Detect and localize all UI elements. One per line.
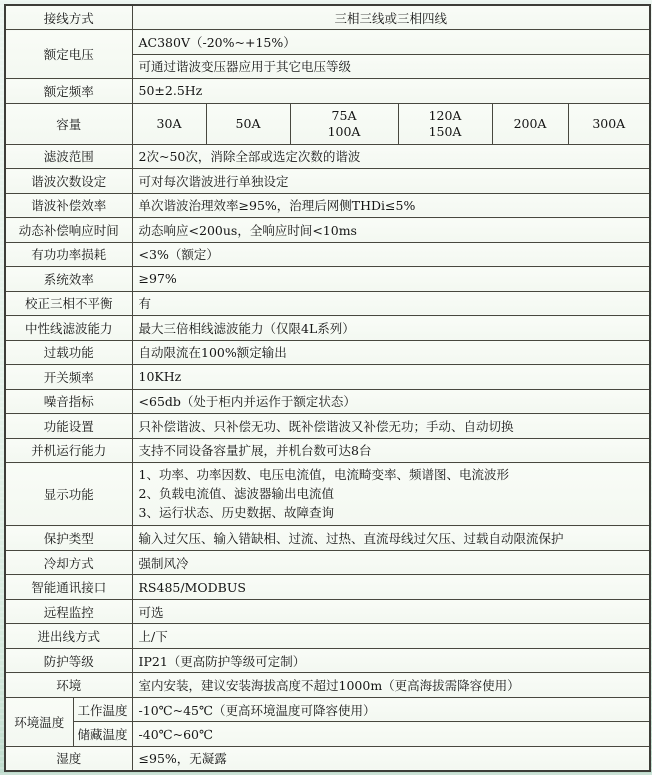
row-neutral: 中性线滤波能力 最大三倍相线滤波能力（仅限4L系列） [5, 316, 650, 341]
spec-label: 环境 [5, 673, 132, 698]
row-env-temp-storage: 储藏温度 -40℃~60℃ [5, 722, 650, 747]
spec-value: <65db（处于柜内并运作于额定状态） [132, 389, 650, 414]
spec-value: 有 [132, 291, 650, 316]
spec-table: 接线方式 三相三线或三相四线 额定电压 AC380V（-20%~+15%） 可通… [4, 4, 651, 772]
row-humidity: 湿度 ≤95%，无凝露 [5, 746, 650, 771]
spec-label: 开关频率 [5, 365, 132, 390]
spec-label: 远程监控 [5, 599, 132, 624]
spec-label: 容量 [5, 103, 132, 144]
spec-label: 噪音指标 [5, 389, 132, 414]
row-environment: 环境 室内安装，建议安装海拔高度不超过1000m（更高海拔需降容使用） [5, 673, 650, 698]
spec-value: 可选 [132, 599, 650, 624]
spec-value: 2次~50次，消除全部或选定次数的谐波 [132, 144, 650, 169]
spec-value: 10KHz [132, 365, 650, 390]
spec-label: 谐波补偿效率 [5, 193, 132, 218]
row-wiring: 接线方式 三相三线或三相四线 [5, 5, 650, 30]
spec-label: 接线方式 [5, 5, 132, 30]
spec-value: <3%（额定） [132, 242, 650, 267]
spec-label: 湿度 [5, 746, 132, 771]
spec-value: 1、功率、功率因数、电压电流值，电流畸变率、频谱图、电流波形 2、负载电流值、滤… [132, 463, 650, 526]
spec-label: 系统效率 [5, 267, 132, 292]
row-ip-rating: 防护等级 IP21（更高防护等级可定制） [5, 648, 650, 673]
spec-value: 单次谐波治理效率≥95%，治理后网侧THDi≤5% [132, 193, 650, 218]
spec-label: 进出线方式 [5, 624, 132, 649]
spec-value: 动态响应<200us，全响应时间<10ms [132, 218, 650, 243]
spec-value: 上/下 [132, 624, 650, 649]
spec-label: 并机运行能力 [5, 438, 132, 463]
spec-label: 滤波范围 [5, 144, 132, 169]
capacity-cell: 300A [568, 103, 650, 144]
spec-label: 保护类型 [5, 526, 132, 551]
row-cooling: 冷却方式 强制风冷 [5, 550, 650, 575]
spec-value: ≥97% [132, 267, 650, 292]
spec-label: 额定频率 [5, 79, 132, 104]
row-switch-freq: 开关频率 10KHz [5, 365, 650, 390]
row-harmonic-eff: 谐波补偿效率 单次谐波治理效率≥95%，治理后网侧THDi≤5% [5, 193, 650, 218]
spec-value: -10℃~45℃（更高环境温度可降容使用） [132, 697, 650, 722]
spec-value: 输入过欠压、输入错缺相、过流、过热、直流母线过欠压、过载自动限流保护 [132, 526, 650, 551]
capacity-cell: 120A 150A [398, 103, 492, 144]
capacity-cell: 200A [492, 103, 568, 144]
row-system-eff: 系统效率 ≥97% [5, 267, 650, 292]
spec-label: 功能设置 [5, 414, 132, 439]
row-rated-freq: 额定频率 50±2.5Hz [5, 79, 650, 104]
spec-label: 智能通讯接口 [5, 575, 132, 600]
spec-value: RS485/MODBUS [132, 575, 650, 600]
row-filter-range: 滤波范围 2次~50次，消除全部或选定次数的谐波 [5, 144, 650, 169]
row-overload: 过载功能 自动限流在100%额定输出 [5, 340, 650, 365]
spec-label: 冷却方式 [5, 550, 132, 575]
spec-value: IP21（更高防护等级可定制） [132, 648, 650, 673]
row-power-loss: 有功功率损耗 <3%（额定） [5, 242, 650, 267]
row-response-time: 动态补偿响应时间 动态响应<200us，全响应时间<10ms [5, 218, 650, 243]
spec-sublabel: 工作温度 [73, 697, 132, 722]
spec-label: 显示功能 [5, 463, 132, 526]
row-inout: 进出线方式 上/下 [5, 624, 650, 649]
spec-value: 只补偿谐波、只补偿无功、既补偿谐波又补偿无功；手动、自动切换 [132, 414, 650, 439]
spec-value: AC380V（-20%~+15%） [132, 30, 650, 55]
spec-value: 自动限流在100%额定输出 [132, 340, 650, 365]
spec-value: 强制风冷 [132, 550, 650, 575]
spec-label: 校正三相不平衡 [5, 291, 132, 316]
row-comm: 智能通讯接口 RS485/MODBUS [5, 575, 650, 600]
row-display: 显示功能 1、功率、功率因数、电压电流值，电流畸变率、频谱图、电流波形 2、负载… [5, 463, 650, 526]
row-noise: 噪音指标 <65db（处于柜内并运作于额定状态） [5, 389, 650, 414]
spec-label: 过载功能 [5, 340, 132, 365]
spec-label: 有功功率损耗 [5, 242, 132, 267]
row-env-temp-work: 环境温度 工作温度 -10℃~45℃（更高环境温度可降容使用） [5, 697, 650, 722]
row-rated-voltage-1: 额定电压 AC380V（-20%~+15%） [5, 30, 650, 55]
row-harmonic-set: 谐波次数设定 可对每次谐波进行单独设定 [5, 169, 650, 194]
spec-label: 中性线滤波能力 [5, 316, 132, 341]
spec-label: 防护等级 [5, 648, 132, 673]
spec-label: 环境温度 [5, 697, 73, 746]
spec-value: 最大三倍相线滤波能力（仅限4L系列） [132, 316, 650, 341]
spec-value: -40℃~60℃ [132, 722, 650, 747]
spec-value: 三相三线或三相四线 [132, 5, 650, 30]
spec-value: ≤95%，无凝露 [132, 746, 650, 771]
spec-label: 额定电压 [5, 30, 132, 79]
row-parallel: 并机运行能力 支持不同设备容量扩展，并机台数可达8台 [5, 438, 650, 463]
row-protection: 保护类型 输入过欠压、输入错缺相、过流、过热、直流母线过欠压、过载自动限流保护 [5, 526, 650, 551]
capacity-cell: 30A [132, 103, 206, 144]
spec-label: 动态补偿响应时间 [5, 218, 132, 243]
spec-value: 可通过谐波变压器应用于其它电压等级 [132, 54, 650, 79]
spec-sublabel: 储藏温度 [73, 722, 132, 747]
capacity-cell: 75A 100A [290, 103, 398, 144]
row-capacity: 容量 30A 50A 75A 100A 120A 150A 200A 300A [5, 103, 650, 144]
spec-value: 50±2.5Hz [132, 79, 650, 104]
spec-label: 谐波次数设定 [5, 169, 132, 194]
row-remote: 远程监控 可选 [5, 599, 650, 624]
capacity-cell: 50A [206, 103, 290, 144]
spec-sheet: 接线方式 三相三线或三相四线 额定电压 AC380V（-20%~+15%） 可通… [4, 4, 651, 772]
row-function-set: 功能设置 只补偿谐波、只补偿无功、既补偿谐波又补偿无功；手动、自动切换 [5, 414, 650, 439]
spec-value: 可对每次谐波进行单独设定 [132, 169, 650, 194]
row-unbalance: 校正三相不平衡 有 [5, 291, 650, 316]
spec-value: 室内安装，建议安装海拔高度不超过1000m（更高海拔需降容使用） [132, 673, 650, 698]
spec-value: 支持不同设备容量扩展，并机台数可达8台 [132, 438, 650, 463]
